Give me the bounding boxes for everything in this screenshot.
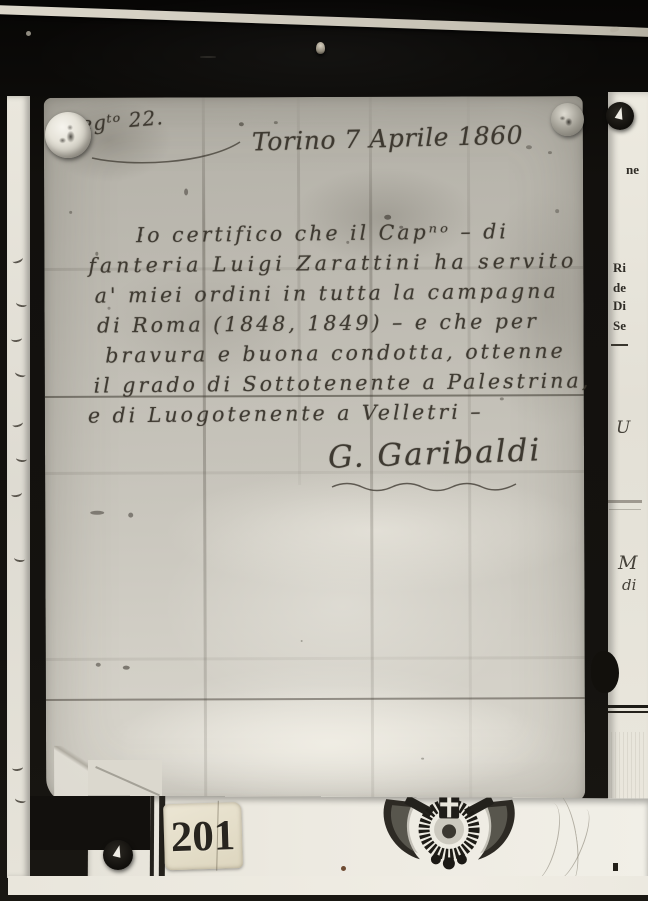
printed-fragment: Se — [613, 318, 626, 334]
printed-double-rule — [608, 705, 648, 718]
printed-rule — [611, 344, 628, 346]
pushpin-dark-icon — [591, 651, 619, 693]
handwriting-fragment — [14, 369, 26, 379]
album-page: ne Ri de Di Se U M di Allegᵗᵒ 22. Torino… — [0, 0, 648, 901]
paper-speck — [90, 511, 104, 515]
handwriting-fragment — [10, 489, 22, 498]
fold-crease — [46, 656, 585, 661]
pushpin-black-icon — [103, 840, 133, 870]
paper-speck — [128, 513, 133, 518]
paper-speck — [184, 188, 188, 195]
pushpin-gray-icon — [551, 103, 584, 136]
mount-bottom-edge — [8, 876, 648, 895]
scratch — [200, 56, 216, 58]
handwriting-fragment — [11, 254, 24, 264]
paper-speck — [526, 145, 532, 149]
handwriting-fragment — [14, 795, 26, 804]
cursive-fragment: M — [618, 552, 637, 574]
ink-smudge — [608, 500, 642, 503]
printed-fragment: Di — [613, 298, 626, 314]
printed-fragment: ne — [626, 162, 639, 178]
print-mark — [613, 863, 618, 871]
paper-speck — [123, 666, 130, 670]
pushpin-black-icon — [606, 102, 634, 130]
letter-body: Io certifico che il Capⁿᵒ – di fanteria … — [84, 215, 596, 430]
bottom-photo-strip: 201 — [88, 796, 648, 888]
paper-speck — [239, 122, 244, 126]
paper-speck — [274, 121, 278, 124]
archive-number-label: 201 — [163, 802, 243, 870]
letter-line: il grado di Sottotenente a Palestrina, — [93, 365, 595, 400]
annotation-flourish — [88, 136, 248, 166]
handwriting-fragment — [11, 334, 23, 342]
light-patch — [106, 684, 556, 802]
letter-line: e di Luogotenente a Velletri – — [88, 395, 596, 430]
mount-top-edge — [0, 5, 648, 37]
paper-speck — [548, 151, 552, 154]
dust-speck — [26, 31, 31, 36]
stain-dot — [341, 866, 346, 871]
paper-speck — [96, 663, 101, 667]
cursive-fragment: di — [622, 576, 636, 594]
handwriting-fragment — [15, 299, 27, 308]
nail-icon — [316, 42, 325, 54]
ruled-line — [150, 796, 154, 885]
right-document-strip: ne Ri de Di Se U M di — [608, 92, 648, 880]
handwriting-fragment — [11, 419, 23, 429]
paper-speck — [69, 211, 72, 214]
pushpin-white-icon — [45, 112, 91, 158]
mount-patch — [30, 796, 150, 850]
pin-highlight — [615, 106, 626, 120]
savoy-eagle-emblem-icon — [378, 796, 520, 872]
printed-fragment: de — [613, 280, 626, 296]
handwriting-fragment — [16, 454, 28, 462]
paper-speck — [421, 758, 424, 760]
left-document-strip — [7, 96, 30, 878]
paper-speck — [555, 209, 559, 213]
paper-speck — [301, 640, 303, 642]
signature-flourish — [330, 478, 520, 494]
garibaldi-signature: G. Garibaldi — [327, 432, 541, 475]
pin-highlight — [113, 844, 124, 858]
cursive-fragment: U — [616, 418, 630, 438]
handwriting-fragment — [14, 554, 26, 562]
handwriting-fragment — [12, 763, 24, 771]
printed-fragment: Ri — [613, 260, 626, 276]
letter-line: Io certifico che il Capⁿᵒ – di — [136, 215, 594, 250]
